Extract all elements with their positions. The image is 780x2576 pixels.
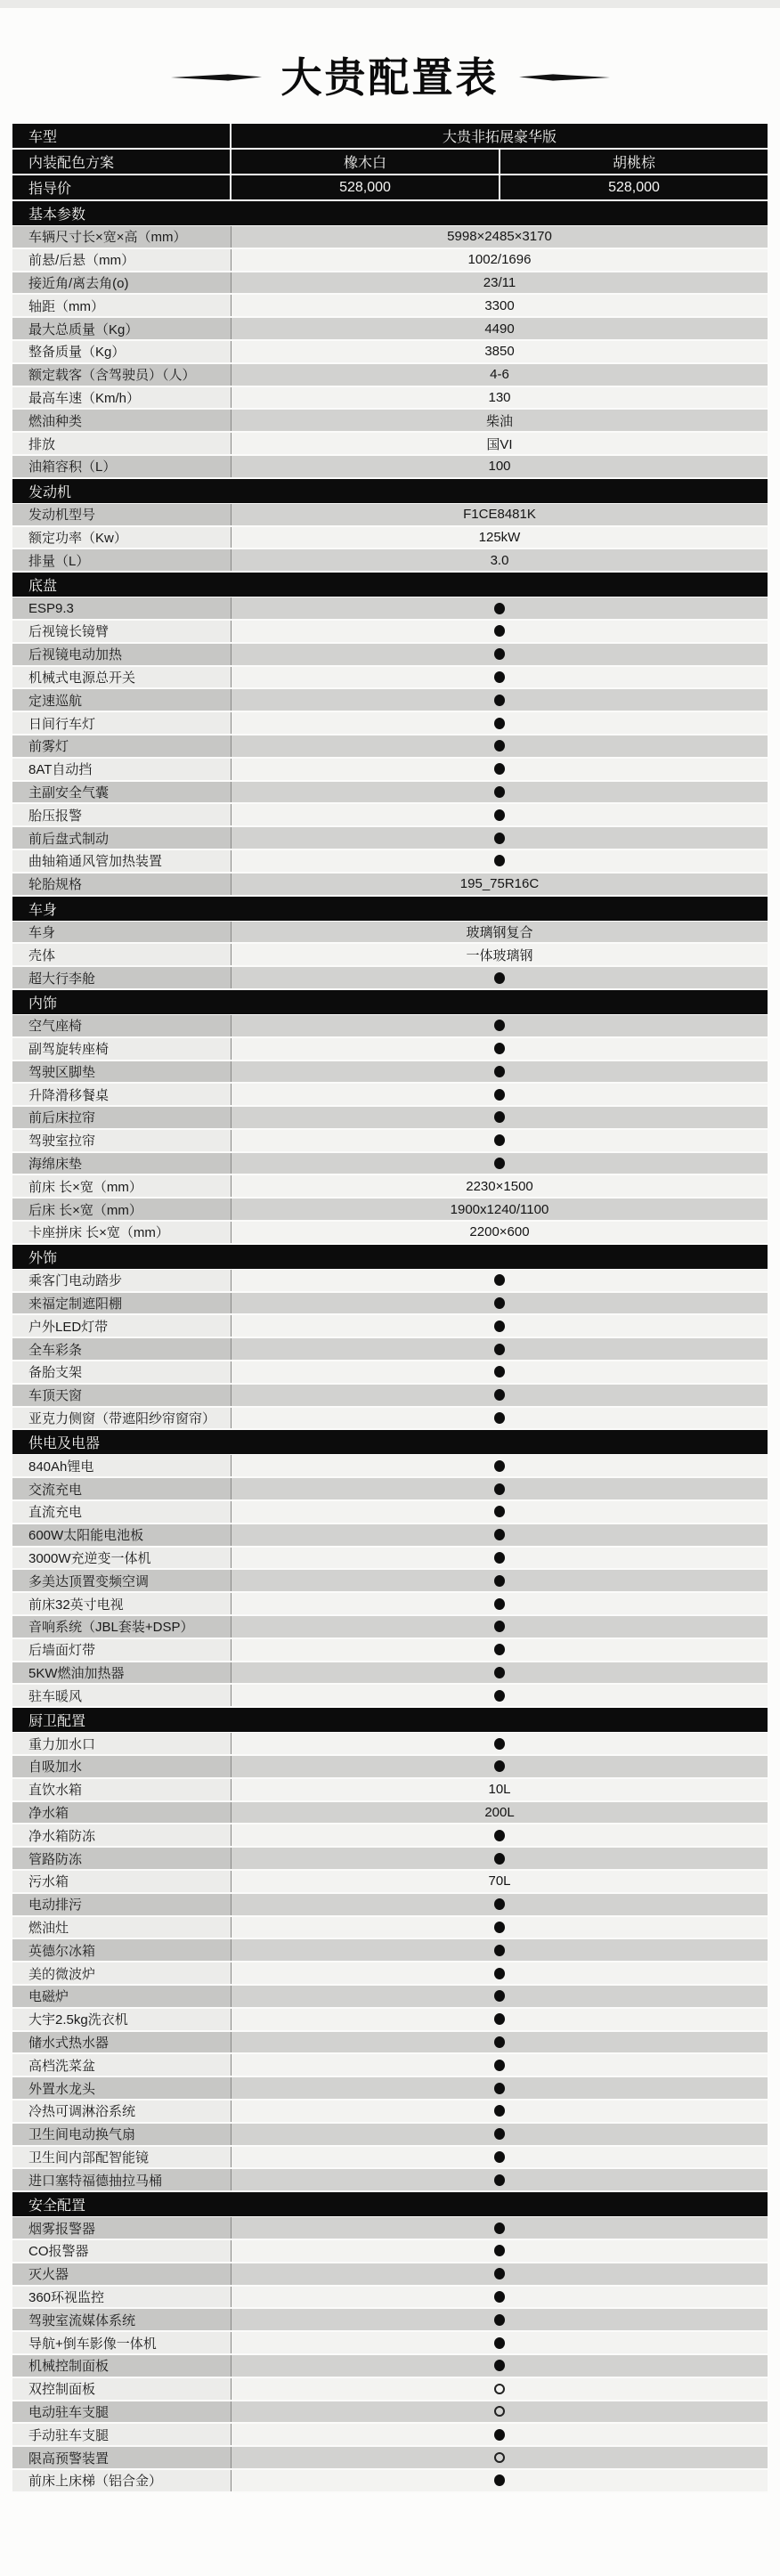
spec-label: 直饮水箱 xyxy=(12,1779,232,1800)
table-row: 后视镜电动加热 xyxy=(12,644,768,667)
spec-value xyxy=(232,2470,768,2491)
spec-label: 燃油种类 xyxy=(12,410,232,431)
spec-value xyxy=(232,2263,768,2285)
spec-value xyxy=(232,1038,768,1060)
included-dot-icon xyxy=(494,2013,505,2025)
table-row: 额定功率（Kw）125kW xyxy=(12,527,768,550)
table-row: 3000W充逆变一体机 xyxy=(12,1548,768,1571)
spec-value: 2200×600 xyxy=(232,1222,768,1243)
spec-value xyxy=(232,1917,768,1938)
spec-value xyxy=(232,2169,768,2190)
spec-label: 卡座拼床 长×宽（mm） xyxy=(12,1222,232,1243)
spec-value xyxy=(232,1361,768,1383)
title-left-dash-icon xyxy=(171,73,262,82)
spec-value xyxy=(232,2101,768,2122)
spec-value xyxy=(232,2332,768,2353)
table-row: 全车彩条 xyxy=(12,1338,768,1361)
spec-label: 大宇2.5kg洗衣机 xyxy=(12,2009,232,2030)
included-dot-icon xyxy=(494,2105,505,2117)
table-row: 外置水龙头 xyxy=(12,2077,768,2101)
spec-value: 4490 xyxy=(232,318,768,339)
spec-sheet-page: 大贵配置表 车型大贵非拓展豪华版内装配色方案橡木白胡桃棕指导价528,00052… xyxy=(0,0,780,2576)
spec-label: 发动机型号 xyxy=(12,504,232,525)
table-row: 烟雾报警器 xyxy=(12,2217,768,2240)
interior-color-row: 内装配色方案橡木白胡桃棕 xyxy=(12,150,768,175)
included-dot-icon xyxy=(494,1460,505,1472)
spec-value xyxy=(232,2240,768,2262)
spec-value xyxy=(232,1315,768,1337)
included-dot-icon xyxy=(494,1158,505,1169)
spec-label: 前雾灯 xyxy=(12,735,232,757)
spec-value xyxy=(232,712,768,734)
included-dot-icon xyxy=(494,1760,505,1772)
spec-value xyxy=(232,597,768,619)
table-row: 胎压报警 xyxy=(12,804,768,827)
included-dot-icon xyxy=(494,1898,505,1910)
spec-label: 前床32英寸电视 xyxy=(12,1593,232,1614)
included-dot-icon xyxy=(494,1321,505,1332)
table-row: 前后盘式制动 xyxy=(12,827,768,850)
spec-value: 125kW xyxy=(232,527,768,549)
spec-value xyxy=(232,2124,768,2145)
spec-label: 曲轴箱通风管加热装置 xyxy=(12,850,232,872)
included-dot-icon xyxy=(494,1344,505,1355)
included-dot-icon xyxy=(494,1506,505,1517)
spec-label: 定速巡航 xyxy=(12,689,232,711)
table-row: 驻车暖风 xyxy=(12,1685,768,1708)
table-row: 净水箱200L xyxy=(12,1802,768,1825)
spec-value xyxy=(232,804,768,825)
table-row: 车辆尺寸长×宽×高（mm）5998×2485×3170 xyxy=(12,226,768,249)
spec-value xyxy=(232,2401,768,2423)
spec-label: 油箱容积（L） xyxy=(12,456,232,477)
included-dot-icon xyxy=(494,2360,505,2371)
spec-value xyxy=(232,2287,768,2308)
optional-dot-icon xyxy=(494,2384,505,2394)
optional-dot-icon xyxy=(494,2406,505,2417)
table-row: 重力加水口 xyxy=(12,1733,768,1756)
section-header: 外饰 xyxy=(12,1245,768,1270)
table-row: 600W太阳能电池板 xyxy=(12,1524,768,1548)
spec-value: 一体玻璃钢 xyxy=(232,944,768,965)
spec-value: 柴油 xyxy=(232,410,768,431)
model-values: 大贵非拓展豪华版 xyxy=(232,124,768,148)
table-row: 驾驶区脚垫 xyxy=(12,1061,768,1085)
table-row: 电磁炉 xyxy=(12,1986,768,2009)
spec-value xyxy=(232,1153,768,1174)
included-dot-icon xyxy=(494,1066,505,1077)
spec-value xyxy=(232,621,768,642)
spec-label: 主副安全气囊 xyxy=(12,782,232,803)
table-row: 360环视监控 xyxy=(12,2287,768,2310)
table-row: 海绵床垫 xyxy=(12,1153,768,1176)
included-dot-icon xyxy=(494,1738,505,1750)
table-row: 车顶天窗 xyxy=(12,1385,768,1408)
table-row: 后视镜长镜臂 xyxy=(12,621,768,644)
spec-value xyxy=(232,735,768,757)
included-dot-icon xyxy=(494,1922,505,1933)
spec-value xyxy=(232,1107,768,1128)
spec-label: 卫生间内部配智能镜 xyxy=(12,2147,232,2168)
spec-label: ESP9.3 xyxy=(12,597,232,619)
table-row: 前悬/后悬（mm）1002/1696 xyxy=(12,249,768,272)
spec-value xyxy=(232,2378,768,2400)
included-dot-icon xyxy=(494,740,505,752)
spec-value: 3850 xyxy=(232,341,768,362)
spec-label: 车辆尺寸长×宽×高（mm） xyxy=(12,226,232,248)
spec-value xyxy=(232,1501,768,1523)
table-row: 卫生间内部配智能镜 xyxy=(12,2147,768,2170)
spec-value: 2230×1500 xyxy=(232,1175,768,1197)
table-row: 净水箱防冻 xyxy=(12,1824,768,1848)
spec-label: 净水箱防冻 xyxy=(12,1824,232,1846)
included-dot-icon xyxy=(494,718,505,729)
spec-label: 轴距（mm） xyxy=(12,295,232,316)
table-row: 燃油种类柴油 xyxy=(12,410,768,433)
table-row: 管路防冻 xyxy=(12,1848,768,1871)
included-dot-icon xyxy=(494,2036,505,2048)
included-dot-icon xyxy=(494,2174,505,2186)
spec-value: 1900x1240/1100 xyxy=(232,1199,768,1220)
spec-value: 130 xyxy=(232,387,768,409)
spec-value: 5998×2485×3170 xyxy=(232,226,768,248)
spec-label: 驾驶区脚垫 xyxy=(12,1061,232,1083)
included-dot-icon xyxy=(494,2314,505,2326)
table-row: 前床上床梯（铝合金） xyxy=(12,2470,768,2493)
included-dot-icon xyxy=(494,1483,505,1495)
included-dot-icon xyxy=(494,1830,505,1841)
included-dot-icon xyxy=(494,1111,505,1123)
spec-value xyxy=(232,1639,768,1661)
spec-label: 360环视监控 xyxy=(12,2287,232,2308)
included-dot-icon xyxy=(494,1552,505,1564)
table-row: 直饮水箱10L xyxy=(12,1779,768,1802)
table-row: 发动机型号F1CE8481K xyxy=(12,504,768,527)
table-row: 大宇2.5kg洗衣机 xyxy=(12,2009,768,2032)
spec-value xyxy=(232,1455,768,1476)
model-row: 车型大贵非拓展豪华版 xyxy=(12,124,768,150)
spec-label: 最大总质量（Kg） xyxy=(12,318,232,339)
spec-label: 后墙面灯带 xyxy=(12,1639,232,1661)
spec-label: 海绵床垫 xyxy=(12,1153,232,1174)
spec-label: 亚克力侧窗（带遮阳纱帘窗帘） xyxy=(12,1408,232,1429)
spec-value: 3.0 xyxy=(232,549,768,571)
spec-value xyxy=(232,1939,768,1961)
spec-label: CO报警器 xyxy=(12,2240,232,2262)
table-row: CO报警器 xyxy=(12,2240,768,2263)
model-value: 大贵非拓展豪华版 xyxy=(232,124,768,148)
table-row: 超大行李舱 xyxy=(12,967,768,990)
included-dot-icon xyxy=(494,2337,505,2349)
spec-label: 驻车暖风 xyxy=(12,1685,232,1706)
spec-label: 电磁炉 xyxy=(12,1986,232,2007)
spec-value xyxy=(232,2217,768,2239)
included-dot-icon xyxy=(494,809,505,821)
table-row: 前床32英寸电视 xyxy=(12,1593,768,1616)
table-row: 进口塞特福德抽拉马桶 xyxy=(12,2169,768,2192)
table-row: 乘客门电动踏步 xyxy=(12,1270,768,1293)
table-row: 空气座椅 xyxy=(12,1015,768,1038)
spec-label: 进口塞特福德抽拉马桶 xyxy=(12,2169,232,2190)
spec-label: 乘客门电动踏步 xyxy=(12,1270,232,1291)
table-row: 8AT自动挡 xyxy=(12,759,768,782)
included-dot-icon xyxy=(494,2291,505,2303)
spec-label: 双控制面板 xyxy=(12,2378,232,2400)
table-row: 840Ah锂电 xyxy=(12,1455,768,1478)
included-dot-icon xyxy=(494,695,505,706)
table-row: 定速巡航 xyxy=(12,689,768,712)
table-row: 升降滑移餐桌 xyxy=(12,1084,768,1107)
table-row: 卫生间电动换气扇 xyxy=(12,2124,768,2147)
spec-label: 轮胎规格 xyxy=(12,874,232,895)
spec-label: 前床 长×宽（mm） xyxy=(12,1175,232,1197)
spec-value xyxy=(232,1084,768,1105)
spec-value: 200L xyxy=(232,1802,768,1824)
spec-label: 副驾旋转座椅 xyxy=(12,1038,232,1060)
table-row: 最高车速（Km/h）130 xyxy=(12,387,768,410)
spec-label: 前悬/后悬（mm） xyxy=(12,249,232,271)
table-row: 整备质量（Kg）3850 xyxy=(12,341,768,364)
spec-value xyxy=(232,1962,768,1984)
spec-value xyxy=(232,1548,768,1569)
spec-value xyxy=(232,759,768,780)
spec-label: 排放 xyxy=(12,433,232,454)
table-row: 前雾灯 xyxy=(12,735,768,759)
spec-value xyxy=(232,1130,768,1151)
spec-value xyxy=(232,1270,768,1291)
spec-label: 后视镜电动加热 xyxy=(12,644,232,665)
spec-value xyxy=(232,1894,768,1915)
included-dot-icon xyxy=(494,648,505,660)
table-row: 驾驶室流媒体系统 xyxy=(12,2309,768,2332)
table-row: 备胎支架 xyxy=(12,1361,768,1385)
spec-value xyxy=(232,644,768,665)
included-dot-icon xyxy=(494,1575,505,1587)
spec-label: 车身 xyxy=(12,922,232,943)
spec-value xyxy=(232,1662,768,1684)
spec-label: 燃油灶 xyxy=(12,1917,232,1938)
included-dot-icon xyxy=(494,1968,505,1979)
spec-value: 195_75R16C xyxy=(232,874,768,895)
table-row: 限高预警装置 xyxy=(12,2447,768,2470)
spec-value xyxy=(232,1593,768,1614)
table-row: 污水箱70L xyxy=(12,1871,768,1894)
spec-label: 音响系统（JBL套装+DSP） xyxy=(12,1616,232,1637)
section-header: 底盘 xyxy=(12,573,768,597)
table-row: 手动驻车支腿 xyxy=(12,2424,768,2447)
spec-value xyxy=(232,1986,768,2007)
spec-value xyxy=(232,1385,768,1406)
spec-label: 储水式热水器 xyxy=(12,2032,232,2053)
spec-value xyxy=(232,1478,768,1499)
spec-label: 额定载客（含驾驶员）（人） xyxy=(12,364,232,386)
spec-label: 烟雾报警器 xyxy=(12,2217,232,2239)
spec-value xyxy=(232,667,768,688)
table-row: 双控制面板 xyxy=(12,2378,768,2401)
spec-label: 卫生间电动换气扇 xyxy=(12,2124,232,2145)
table-row: 轴距（mm）3300 xyxy=(12,295,768,318)
table-row: 多美达顶置变频空调 xyxy=(12,1570,768,1593)
price-row: 指导价528,000528,000 xyxy=(12,175,768,201)
spec-value xyxy=(232,2077,768,2099)
spec-label: 管路防冻 xyxy=(12,1848,232,1869)
table-row: 后床 长×宽（mm）1900x1240/1100 xyxy=(12,1199,768,1222)
included-dot-icon xyxy=(494,855,505,866)
table-row: 额定载客（含驾驶员）（人）4-6 xyxy=(12,364,768,387)
spec-label: 驾驶室流媒体系统 xyxy=(12,2309,232,2330)
included-dot-icon xyxy=(494,671,505,683)
table-row: 冷热可调淋浴系统 xyxy=(12,2101,768,2124)
included-dot-icon xyxy=(494,2429,505,2441)
spec-label: 后床 长×宽（mm） xyxy=(12,1199,232,1220)
table-row: 电动驻车支腿 xyxy=(12,2401,768,2425)
spec-value xyxy=(232,850,768,872)
included-dot-icon xyxy=(494,1043,505,1054)
table-row: 接近角/离去角(o)23/11 xyxy=(12,272,768,296)
spec-label: 胎压报警 xyxy=(12,804,232,825)
table-row: 后墙面灯带 xyxy=(12,1639,768,1662)
table-row: 燃油灶 xyxy=(12,1917,768,1940)
spec-label: 净水箱 xyxy=(12,1802,232,1824)
spec-value xyxy=(232,1824,768,1846)
spec-label: 污水箱 xyxy=(12,1871,232,1892)
price-row-values: 528,000528,000 xyxy=(232,175,768,199)
spec-label: 高档洗菜盆 xyxy=(12,2054,232,2076)
interior-color-row-values: 橡木白胡桃棕 xyxy=(232,150,768,174)
spec-label: 多美达顶置变频空调 xyxy=(12,1570,232,1591)
spec-label: 自吸加水 xyxy=(12,1756,232,1777)
included-dot-icon xyxy=(494,1389,505,1401)
table-row: 电动排污 xyxy=(12,1894,768,1917)
spec-label: 车顶天窗 xyxy=(12,1385,232,1406)
spec-value xyxy=(232,1733,768,1754)
spec-label: 排量（L） xyxy=(12,549,232,571)
spec-label: 3000W充逆变一体机 xyxy=(12,1548,232,1569)
spec-label: 壳体 xyxy=(12,944,232,965)
included-dot-icon xyxy=(494,1598,505,1610)
spec-value xyxy=(232,782,768,803)
spec-value xyxy=(232,1848,768,1869)
spec-label: 导航+倒车影像一体机 xyxy=(12,2332,232,2353)
table-row: 亚克力侧窗（带遮阳纱帘窗帘） xyxy=(12,1408,768,1431)
included-dot-icon xyxy=(494,1134,505,1146)
spec-label: 前床上床梯（铝合金） xyxy=(12,2470,232,2491)
included-dot-icon xyxy=(494,1297,505,1309)
spec-value xyxy=(232,827,768,849)
table-row: 排放国VI xyxy=(12,433,768,456)
spec-label: 驾驶室拉帘 xyxy=(12,1130,232,1151)
included-dot-icon xyxy=(494,1621,505,1632)
spec-label: 额定功率（Kw） xyxy=(12,527,232,549)
spec-value xyxy=(232,2009,768,2030)
table-row: 油箱容积（L）100 xyxy=(12,456,768,479)
spec-value xyxy=(232,2147,768,2168)
section-header: 基本参数 xyxy=(12,201,768,226)
spec-label: 备胎支架 xyxy=(12,1361,232,1383)
table-row: 排量（L）3.0 xyxy=(12,549,768,573)
spec-label: 重力加水口 xyxy=(12,1733,232,1754)
included-dot-icon xyxy=(494,2223,505,2234)
spec-label: 全车彩条 xyxy=(12,1338,232,1360)
spec-value xyxy=(232,1015,768,1036)
spec-label: 最高车速（Km/h） xyxy=(12,387,232,409)
spec-value: 10L xyxy=(232,1779,768,1800)
spec-value xyxy=(232,1616,768,1637)
spec-value xyxy=(232,1756,768,1777)
spec-value xyxy=(232,1570,768,1591)
section-header: 安全配置 xyxy=(12,2192,768,2217)
spec-label: 英德尔冰箱 xyxy=(12,1939,232,1961)
spec-label: 外置水龙头 xyxy=(12,2077,232,2099)
spec-label: 600W太阳能电池板 xyxy=(12,1524,232,1546)
spec-label: 日间行车灯 xyxy=(12,712,232,734)
spec-label: 空气座椅 xyxy=(12,1015,232,1036)
interior-color-option: 胡桃棕 xyxy=(499,150,768,174)
interior-color-option: 橡木白 xyxy=(232,150,499,174)
spec-value xyxy=(232,689,768,711)
spec-value: 70L xyxy=(232,1871,768,1892)
table-row: 交流充电 xyxy=(12,1478,768,1501)
included-dot-icon xyxy=(494,1020,505,1031)
section-header: 内饰 xyxy=(12,990,768,1015)
included-dot-icon xyxy=(494,763,505,775)
included-dot-icon xyxy=(494,972,505,984)
table-row: 高档洗菜盆 xyxy=(12,2054,768,2077)
included-dot-icon xyxy=(494,2083,505,2094)
model-label: 车型 xyxy=(12,124,232,148)
section-header: 供电及电器 xyxy=(12,1430,768,1455)
spec-value: 国VI xyxy=(232,433,768,454)
table-row: 机械控制面板 xyxy=(12,2355,768,2378)
spec-value xyxy=(232,2032,768,2053)
spec-label: 后视镜长镜臂 xyxy=(12,621,232,642)
spec-label: 灭火器 xyxy=(12,2263,232,2285)
table-row: 最大总质量（Kg）4490 xyxy=(12,318,768,341)
table-row: 前后床拉帘 xyxy=(12,1107,768,1130)
spec-label: 机械式电源总开关 xyxy=(12,667,232,688)
spec-value: 3300 xyxy=(232,295,768,316)
spec-label: 冷热可调淋浴系统 xyxy=(12,2101,232,2122)
page-title-block: 大贵配置表 xyxy=(0,54,780,101)
included-dot-icon xyxy=(494,1644,505,1655)
table-row: 导航+倒车影像一体机 xyxy=(12,2332,768,2355)
section-header: 车身 xyxy=(12,897,768,922)
spec-label: 来福定制遮阳棚 xyxy=(12,1293,232,1314)
included-dot-icon xyxy=(494,1990,505,2002)
included-dot-icon xyxy=(494,1667,505,1678)
spec-value: 玻璃钢复合 xyxy=(232,922,768,943)
table-row: 曲轴箱通风管加热装置 xyxy=(12,850,768,874)
included-dot-icon xyxy=(494,1853,505,1865)
included-dot-icon xyxy=(494,2128,505,2140)
table-row: 直流充电 xyxy=(12,1501,768,1524)
included-dot-icon xyxy=(494,2245,505,2256)
spec-value: F1CE8481K xyxy=(232,504,768,525)
interior-color-label: 内装配色方案 xyxy=(12,150,232,174)
spec-label: 接近角/离去角(o) xyxy=(12,272,232,294)
spec-value xyxy=(232,1685,768,1706)
included-dot-icon xyxy=(494,1945,505,1956)
spec-value xyxy=(232,1524,768,1546)
table-row: 前床 长×宽（mm）2230×1500 xyxy=(12,1175,768,1199)
spec-value: 23/11 xyxy=(232,272,768,294)
included-dot-icon xyxy=(494,1366,505,1377)
spec-value xyxy=(232,1408,768,1429)
table-row: ESP9.3 xyxy=(12,597,768,621)
spec-label: 整备质量（Kg） xyxy=(12,341,232,362)
included-dot-icon xyxy=(494,2151,505,2163)
table-row: 轮胎规格195_75R16C xyxy=(12,874,768,897)
